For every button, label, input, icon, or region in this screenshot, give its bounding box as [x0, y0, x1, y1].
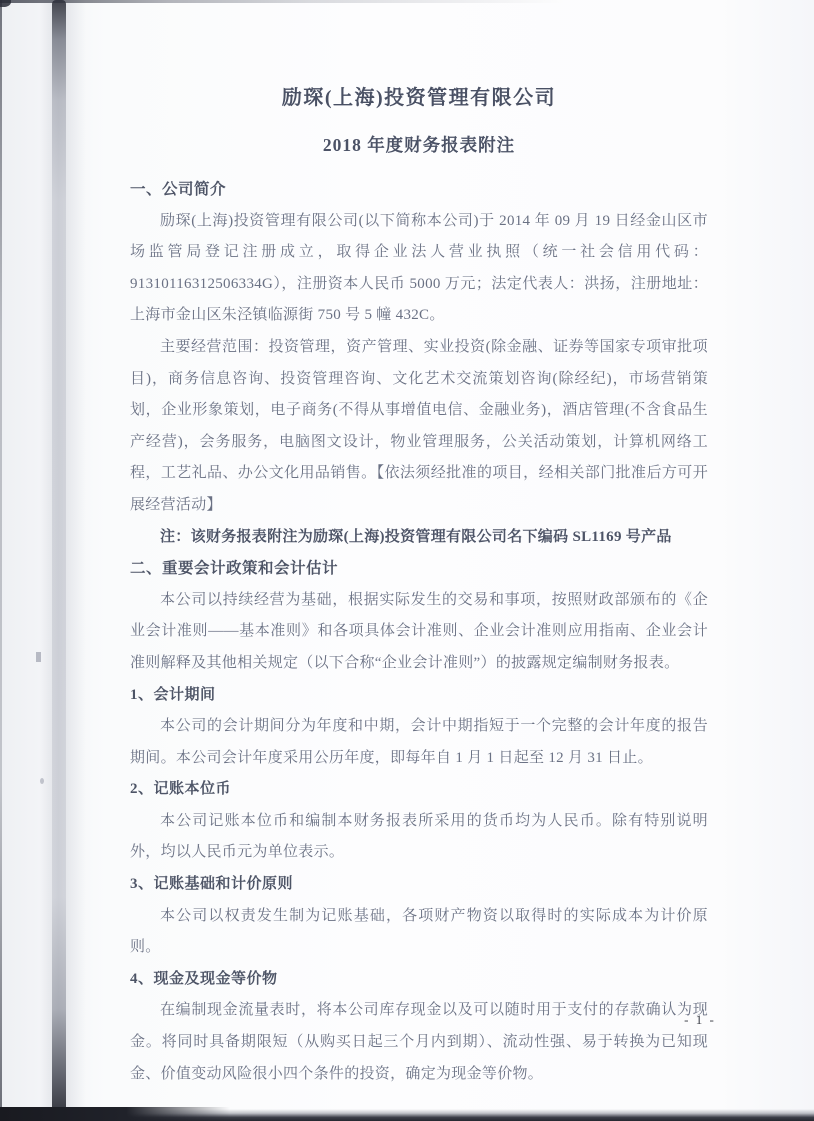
para-accounting-basis: 本公司以权责发生制为记账基础，各项财产物资以取得时的实际成本为计价原则。 — [130, 901, 708, 964]
scan-bottom-left-dark-band — [0, 1107, 230, 1121]
subheading-accounting-basis: 3、记账基础和计价原则 — [130, 869, 708, 901]
scan-bottom-edge-band — [0, 1109, 814, 1121]
scan-corner-mark — [0, 0, 11, 7]
scan-spine-streak — [52, 0, 66, 1121]
subheading-functional-currency: 2、记账本位币 — [130, 774, 708, 806]
document-body: 励琛(上海)投资管理有限公司 2018 年度财务报表附注 一、公司简介 励琛(上… — [130, 84, 708, 1090]
subheading-accounting-period: 1、会计期间 — [130, 680, 708, 712]
section1-heading: 一、公司简介 — [130, 174, 708, 206]
scan-speck — [40, 778, 44, 784]
scan-speck — [36, 652, 41, 662]
page-number: - 1 - — [660, 1012, 740, 1028]
scanned-document-page: 励琛(上海)投资管理有限公司 2018 年度财务报表附注 一、公司简介 励琛(上… — [0, 0, 814, 1121]
section1-para-registration: 励琛(上海)投资管理有限公司(以下简称本公司)于 2014 年 09 月 19 … — [130, 206, 708, 332]
section1-note-product-code: 注：该财务报表附注为励琛(上海)投资管理有限公司名下编码 SL1169 号产品 — [130, 522, 708, 554]
section2-intro: 本公司以持续经营为基础，根据实际发生的交易和事项，按照财政部颁布的《企业会计准则… — [130, 585, 708, 680]
subheading-cash-equivalents: 4、现金及现金等价物 — [130, 964, 708, 996]
section2-heading: 二、重要会计政策和会计估计 — [130, 553, 708, 585]
scan-left-edge-line — [0, 0, 2, 1121]
para-accounting-period: 本公司的会计期间分为年度和中期，会计中期指短于一个完整的会计年度的报告期间。本公… — [130, 711, 708, 774]
scan-top-edge-line — [0, 0, 565, 3]
para-cash-equivalents: 在编制现金流量表时，将本公司库存现金以及可以随时用于支付的存款确认为现金。将同时… — [130, 995, 708, 1090]
section1-para-business-scope: 主要经营范围：投资管理，资产管理、实业投资(除金融、证券等国家专项审批项目)，商… — [130, 332, 708, 522]
para-functional-currency: 本公司记账本位币和编制本财务报表所采用的货币均为人民币。除有特别说明外，均以人民… — [130, 806, 708, 869]
document-subtitle: 2018 年度财务报表附注 — [130, 132, 708, 158]
scan-spine-shadow — [40, 0, 86, 1121]
document-title: 励琛(上海)投资管理有限公司 — [130, 84, 708, 112]
